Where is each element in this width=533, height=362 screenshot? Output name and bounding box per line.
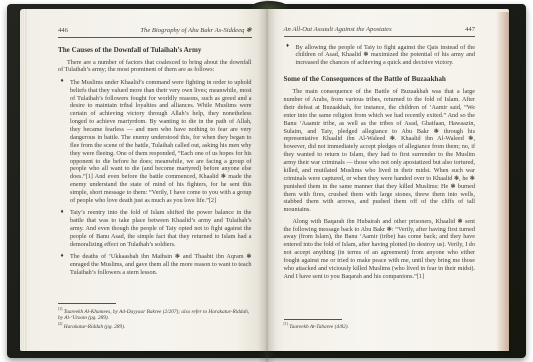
left-section-heading: The Causes of the Downfall of Tulaihah’s… [58,46,252,54]
left-running-header: The Biography of Abu Bakr As-Siddeeq ❃ [140,26,251,34]
footnote: [2] Harakatur-Riddah (pg. 289). [58,322,252,331]
right-footnotes: [1] Taareekh At-Tabaree (4/82). [284,319,476,331]
bullet-text: By allowing the people of Taiy to fight … [296,44,476,67]
left-page-header: 446 The Biography of Abu Bakr As-Siddeeq… [58,26,252,34]
left-footnotes: [1] Taareekh Al-Khamees, by Ad-Dayyaar B… [58,303,252,331]
footnote-text: Taareekh Al-Khamees, by Ad-Dayyaar Bakre… [58,308,249,321]
footnote-text: Harakatur-Riddah (pg. 289). [64,324,125,330]
bullet-item: ♦ By allowing the people of Taiy to figh… [284,44,476,68]
bullet-item: ♦ The Muslims under Khaalid’s command we… [58,79,252,205]
open-book-photo: 446 The Biography of Abu Bakr As-Siddeeq… [0,0,533,362]
right-page-number: 447 [465,26,475,33]
diamond-bullet-icon: ♦ [60,79,64,85]
footnote-number: [1] [58,307,62,311]
bullet-text: The deaths of ‘Ukkaashah ibn Maihsin ❃ a… [70,253,252,276]
footnote-rule [58,303,116,304]
right-page-text: An All-Out Assault Against the Apostates… [284,26,476,331]
right-section-heading: Some of the Consequences of the Battle o… [284,75,476,83]
bullet-text: The Muslims under Khaalid’s command were… [70,79,252,204]
left-bullet-list: ♦ The Muslims under Khaalid’s command we… [58,79,252,277]
left-page-edge-stack [20,9,27,351]
left-page: 446 The Biography of Abu Bakr As-Siddeeq… [20,9,265,351]
bullet-text: Taiy’s reentry into the fold of Islam sh… [70,209,252,248]
left-header-rule [58,37,252,38]
diamond-bullet-icon: ♦ [60,254,64,260]
footnote-number: [1] [284,322,288,326]
footnote-number: [2] [58,322,62,326]
footnote: [1] Taareekh At-Tabaree (4/82). [284,322,476,331]
open-book-pages: 446 The Biography of Abu Bakr As-Siddeeq… [20,9,509,351]
bullet-item: ♦ Taiy’s reentry into the fold of Islam … [58,209,252,248]
right-running-header: An All-Out Assault Against the Apostates [284,26,392,33]
footnote-text: Taareekh At-Tabaree (4/82). [289,324,349,330]
footnote: [1] Taareekh Al-Khamees, by Ad-Dayyaar B… [58,307,252,323]
right-paragraph-1: The main consequence of the Battle of Bu… [284,88,476,214]
diamond-bullet-icon: ♦ [286,44,290,50]
diamond-bullet-icon: ♦ [60,210,64,216]
footnote-rule [284,319,342,320]
left-page-text: 446 The Biography of Abu Bakr As-Siddeeq… [58,26,252,331]
right-bullet-list: ♦ By allowing the people of Taiy to figh… [284,44,476,68]
right-page-header: An All-Out Assault Against the Apostates… [284,26,476,33]
right-page-fore-edge [496,12,509,351]
left-page-number: 446 [58,27,68,34]
right-page: An All-Out Assault Against the Apostates… [265,9,510,351]
left-intro-paragraph: There are a number of factors that coale… [58,59,252,75]
bullet-item: ♦ The deaths of ‘Ukkaashah ibn Maihsin ❃… [58,253,252,277]
right-header-rule [284,36,476,37]
right-paragraph-2: Along with Baqarah ibn Hubairah and othe… [284,218,476,281]
